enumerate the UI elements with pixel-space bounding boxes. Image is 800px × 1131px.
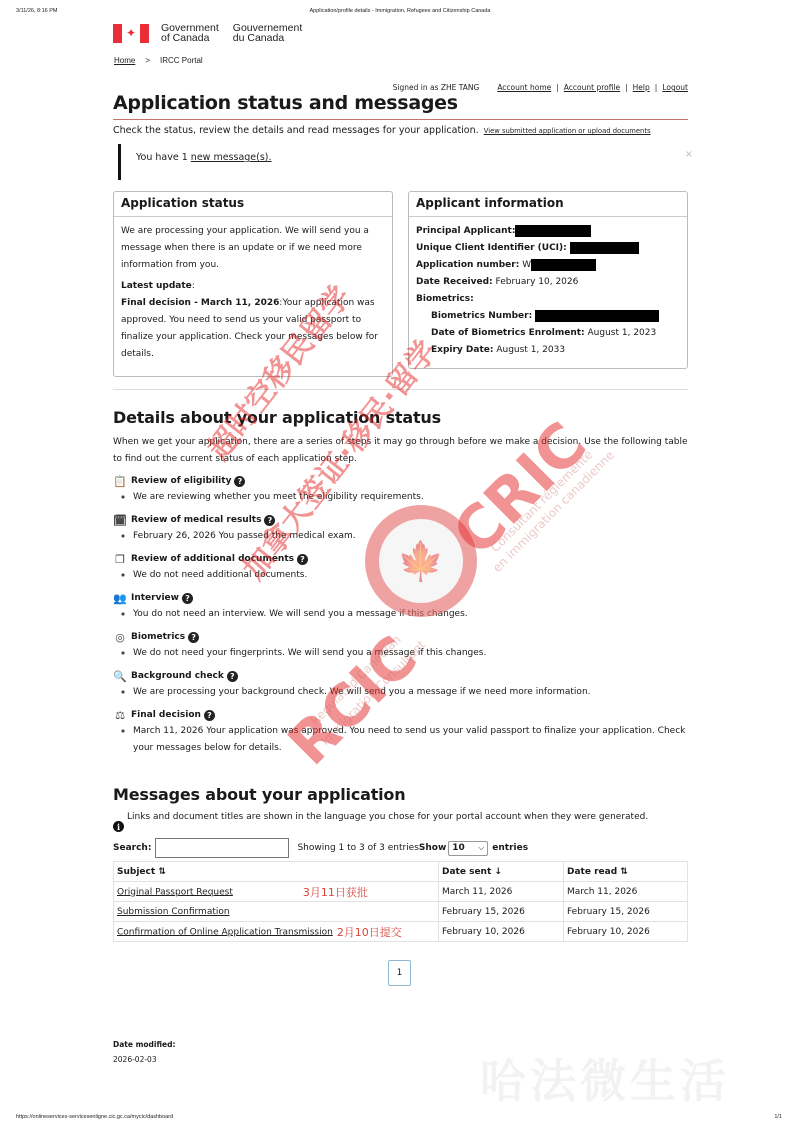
application-number: Application number: W [416, 257, 680, 274]
panel-title: Application status [114, 192, 392, 217]
signed-in-user: Signed in as ZHE TANG [393, 83, 480, 92]
help-icon[interactable]: ? [234, 476, 245, 487]
help-link[interactable]: Help [633, 83, 650, 92]
breadcrumb-separator: > [145, 56, 150, 65]
panel-title: Applicant information [409, 192, 687, 217]
redacted-block [515, 225, 591, 237]
table-controls: Search: Showing 1 to 3 of 3 entries Show… [113, 838, 528, 858]
step-status: February 26, 2026 You passed the medical… [133, 528, 693, 545]
print-page-title: Application/profile details - Immigratio… [0, 8, 800, 14]
section-divider [113, 389, 688, 390]
biometrics-enrolment: Date of Biometrics Enrolment: August 1, … [416, 325, 680, 342]
step-eligibility: 📋Review of eligibility? We are reviewing… [113, 473, 693, 506]
new-messages-link[interactable]: new message(s). [191, 152, 272, 163]
date-received: Date Received: February 10, 2026 [416, 274, 680, 291]
step-background-check: 🔍Background check? We are processing you… [113, 668, 693, 701]
column-date-sent[interactable]: Date sent ↓ [439, 862, 564, 882]
entries-label: entries [492, 843, 528, 853]
clipboard-search-icon: 📋 [113, 474, 127, 488]
close-icon[interactable]: × [685, 149, 693, 160]
breadcrumb: Home > IRCC Portal [114, 56, 203, 65]
annotation: 2月10日提交 [337, 926, 402, 939]
background-check-icon: 🔍 [113, 669, 127, 683]
status-steps: 📋Review of eligibility? We are reviewing… [113, 473, 693, 763]
step-final-decision: ⚖Final decision? March 11, 2026 Your app… [113, 707, 693, 757]
date-modified: Date modified: 2026-02-03 [113, 1040, 176, 1064]
documents-icon: ❐ [113, 552, 127, 566]
messages-heading: Messages about your application [113, 785, 405, 804]
pagination-page-1[interactable]: 1 [388, 960, 411, 986]
account-bar: Signed in as ZHE TANG Account home | Acc… [393, 83, 688, 92]
step-status: We do not need your fingerprints. We wil… [133, 645, 693, 662]
table-row: Confirmation of Online Application Trans… [114, 922, 688, 942]
breadcrumb-home[interactable]: Home [114, 56, 135, 65]
biometrics-number: Biometrics Number: [416, 308, 680, 325]
redacted-block [535, 310, 659, 322]
step-status: You do not need an interview. We will se… [133, 606, 693, 623]
medical-record-icon: 🗓 [113, 513, 127, 527]
latest-update: Latest update: Final decision - March 11… [121, 278, 385, 363]
annotation: 3月11日获批 [303, 886, 368, 899]
step-biometrics: ◎Biometrics? We do not need your fingerp… [113, 629, 693, 662]
search-input[interactable] [155, 838, 289, 858]
info-icon: i [113, 821, 124, 832]
table-row: Original Passport Request3月11日获批 March 1… [114, 882, 688, 902]
search-label: Search: [113, 843, 151, 853]
page-title: Application status and messages [113, 92, 458, 114]
message-link[interactable]: Confirmation of Online Application Trans… [117, 927, 333, 937]
biometrics-heading: Biometrics: [416, 291, 680, 308]
help-icon[interactable]: ? [227, 671, 238, 682]
print-url: https://onlineservices-servicesenligne.c… [16, 1114, 173, 1120]
application-status-panel: Application status We are processing you… [113, 191, 393, 377]
uci: Unique Client Identifier (UCI): [416, 240, 680, 257]
scales-icon: ⚖ [113, 708, 127, 722]
details-heading: Details about your application status [113, 408, 441, 427]
applicant-information-panel: Applicant information Principal Applican… [408, 191, 688, 369]
entries-info: Showing 1 to 3 of 3 entries [297, 843, 418, 853]
account-profile-link[interactable]: Account profile [564, 83, 620, 92]
column-date-read[interactable]: Date read ⇅ [564, 862, 688, 882]
principal-applicant: Principal Applicant: [416, 223, 680, 240]
help-icon[interactable]: ? [297, 554, 308, 565]
page-intro: Check the status, review the details and… [113, 125, 651, 136]
step-status: We do not need additional documents. [133, 567, 693, 584]
canada-flag-icon: ✦ [113, 24, 149, 43]
message-link[interactable]: Submission Confirmation [117, 907, 230, 917]
status-description: We are processing your application. We w… [121, 223, 385, 274]
gov-name-fr: Gouvernementdu Canada [233, 23, 302, 43]
logout-link[interactable]: Logout [662, 83, 688, 92]
messages-table: Subject ⇅ Date sent ↓ Date read ⇅ Origin… [113, 861, 688, 942]
step-medical: 🗓Review of medical results? February 26,… [113, 512, 693, 545]
language-note: i Links and document titles are shown in… [113, 812, 648, 832]
redacted-block [531, 259, 596, 271]
details-intro: When we get your application, there are … [113, 434, 693, 468]
gov-name-en: Governmentof Canada [161, 23, 219, 43]
step-status: March 11, 2026 Your application was appr… [133, 723, 693, 757]
sort-icon: ⇅ [620, 867, 628, 877]
account-home-link[interactable]: Account home [497, 83, 551, 92]
show-label: Show [419, 843, 446, 853]
step-status: We are processing your background check.… [133, 684, 693, 701]
redacted-block [570, 242, 639, 254]
page-size-select[interactable]: 10⌵ [448, 841, 488, 856]
help-icon[interactable]: ? [204, 710, 215, 721]
watermark-bottom: 哈法微生活 [480, 1045, 730, 1111]
interview-icon: 👥 [113, 591, 127, 605]
view-submitted-application-link[interactable]: View submitted application or upload doc… [484, 127, 651, 135]
government-of-canada-logo[interactable]: ✦ Governmentof Canada Gouvernementdu Can… [113, 23, 302, 43]
title-divider [113, 119, 688, 120]
sort-icon: ⇅ [158, 867, 166, 877]
new-message-alert: You have 1 new message(s). × [118, 144, 688, 180]
column-subject[interactable]: Subject ⇅ [114, 862, 439, 882]
message-link[interactable]: Original Passport Request [117, 887, 233, 897]
help-icon[interactable]: ? [264, 515, 275, 526]
step-interview: 👥Interview? You do not need an interview… [113, 590, 693, 623]
chevron-down-icon: ⌵ [478, 843, 484, 853]
help-icon[interactable]: ? [182, 593, 193, 604]
print-page-number: 1/1 [774, 1114, 782, 1120]
help-icon[interactable]: ? [188, 632, 199, 643]
breadcrumb-current: IRCC Portal [160, 56, 203, 65]
fingerprint-icon: ◎ [113, 630, 127, 644]
step-status: We are reviewing whether you meet the el… [133, 489, 693, 506]
step-additional-documents: ❐Review of additional documents? We do n… [113, 551, 693, 584]
sort-descending-icon: ↓ [494, 867, 502, 877]
biometrics-expiry: Expiry Date: August 1, 2033 [416, 342, 680, 359]
table-row: Submission Confirmation February 15, 202… [114, 902, 688, 922]
